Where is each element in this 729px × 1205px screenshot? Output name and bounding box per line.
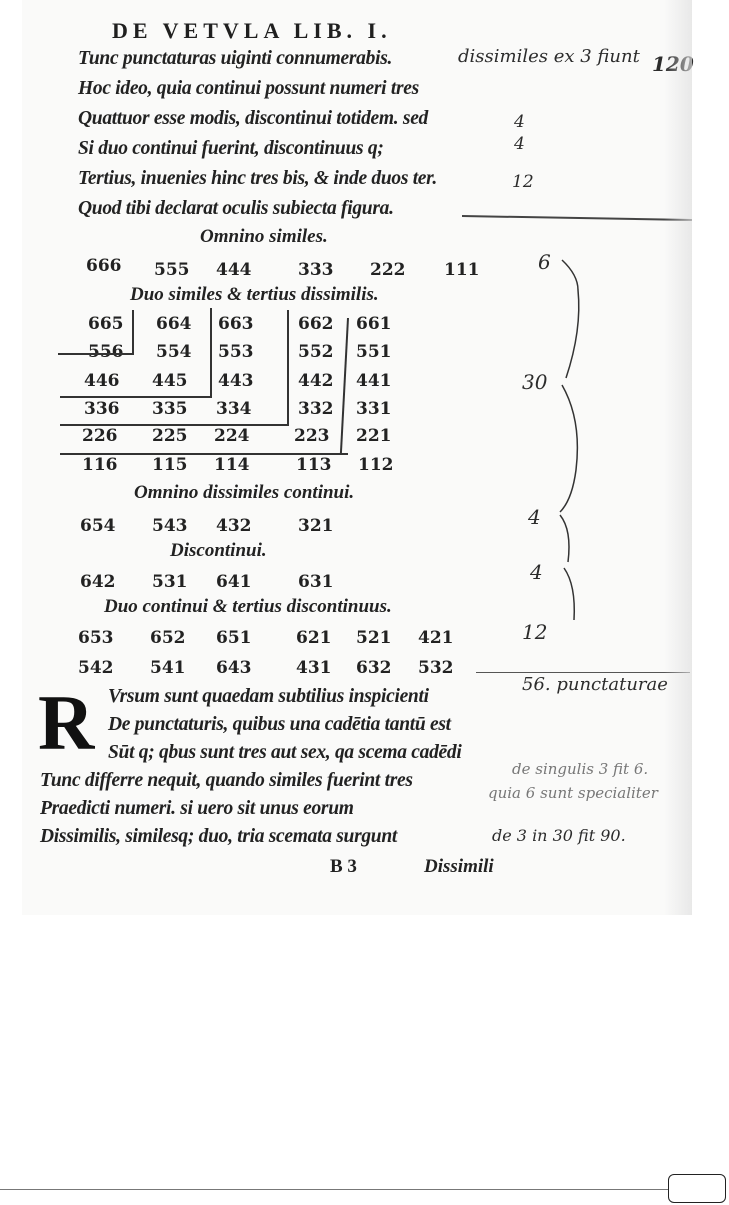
grid-cell: 662 (298, 314, 334, 334)
grid-cell: 112 (358, 455, 394, 475)
footer-divider (0, 1189, 668, 1190)
grid-cell: 332 (298, 399, 334, 419)
number: 444 (216, 260, 252, 280)
verse-line: Sūt q; qbus sunt tres aut sex, qa scema … (108, 742, 461, 764)
number: 111 (444, 260, 480, 280)
grid-divider (340, 318, 349, 454)
number: 541 (150, 658, 186, 678)
verse-line: Quattuor esse modis, discontinui totidem… (78, 108, 428, 130)
verse-line: Si duo continui fuerint, discontinuus q; (78, 138, 384, 160)
grid-cell: 334 (216, 399, 252, 419)
signature-mark: B 3 (330, 856, 357, 878)
marginal-count: 12 (512, 172, 534, 192)
grid-cell: 663 (218, 314, 254, 334)
grid-cell: 556 (88, 342, 124, 362)
verse-line: Tertius, inuenies hinc tres bis, & inde … (78, 168, 437, 190)
section-heading-duo-similes: Duo similes & tertius dissimilis. (130, 284, 379, 306)
grid-divider (60, 453, 348, 455)
grid-cell: 114 (214, 455, 250, 475)
number: 642 (80, 572, 116, 592)
marginal-bracket-icon (542, 250, 602, 650)
grid-cell: 665 (88, 314, 124, 334)
number: 521 (356, 628, 392, 648)
verse-line: Hoc ideo, quia continui possunt numeri t… (78, 78, 419, 100)
number: 643 (216, 658, 252, 678)
grid-cell: 553 (218, 342, 254, 362)
drop-cap: R (38, 684, 94, 762)
number: 543 (152, 516, 188, 536)
grid-cell: 446 (84, 371, 120, 391)
grid-cell: 664 (156, 314, 192, 334)
number: 654 (80, 516, 116, 536)
grid-cell: 225 (152, 426, 188, 446)
verse-line: Tunc differre nequit, quando similes fue… (40, 770, 413, 792)
marginal-count: 4 (528, 505, 541, 529)
grid-cell: 331 (356, 399, 392, 419)
marginal-note: de 3 in 30 fit 90. (492, 826, 626, 845)
section-heading-duo-continui: Duo continui & tertius discontinuus. (104, 596, 392, 618)
grid-cell: 335 (152, 399, 188, 419)
marginal-note-56: 56. punctaturae (522, 674, 668, 695)
grid-cell: 443 (218, 371, 254, 391)
grid-cell: 226 (82, 426, 118, 446)
number: 421 (418, 628, 454, 648)
verse-line: Tunc punctaturas uiginti connumerabis. (78, 48, 392, 70)
verse-line: Quod tibi declarat oculis subiecta figur… (78, 198, 394, 220)
section-heading-omnino-dissimiles: Omnino dissimiles continui. (134, 482, 354, 504)
marginal-note-top: dissimiles ex 3 fiunt (458, 46, 640, 67)
marginal-count: 4 (514, 112, 525, 132)
grid-cell: 116 (82, 455, 118, 475)
page-number-box[interactable] (668, 1174, 726, 1203)
number: 666 (86, 256, 122, 276)
marginal-count: 4 (514, 134, 525, 154)
running-head: DE VETVLA LIB. I. (112, 18, 392, 44)
number: 632 (356, 658, 392, 678)
marginal-note: de singulis 3 fit 6. (512, 760, 648, 778)
number: 651 (216, 628, 252, 648)
verse-line: De punctaturis, quibus una cadētia tantū… (108, 714, 451, 736)
grid-divider (287, 310, 289, 426)
number: 542 (78, 658, 114, 678)
grid-cell: 224 (214, 426, 250, 446)
grid-divider (60, 424, 289, 426)
number: 631 (298, 572, 334, 592)
grid-divider (210, 308, 212, 398)
number: 431 (296, 658, 332, 678)
verse-line: Praedicti numeri. si uero sit unus eorum (40, 798, 354, 820)
section-heading-omnino-similes: Omnino similes. (200, 226, 328, 248)
grid-cell: 442 (298, 371, 334, 391)
number: 532 (418, 658, 454, 678)
grid-cell: 113 (296, 455, 332, 475)
verse-line: Dissimilis, similesq; duo, tria scemata … (40, 826, 397, 848)
number: 432 (216, 516, 252, 536)
grid-cell: 552 (298, 342, 334, 362)
grid-cell: 661 (356, 314, 392, 334)
number: 222 (370, 260, 406, 280)
grid-cell: 554 (156, 342, 192, 362)
number: 621 (296, 628, 332, 648)
section-heading-discontinui: Discontinui. (170, 540, 267, 562)
number: 333 (298, 260, 334, 280)
scanned-page: DE VETVLA LIB. I. Tunc punctaturas uigin… (22, 0, 692, 915)
marginal-rule (462, 215, 692, 221)
grid-cell: 445 (152, 371, 188, 391)
marginal-note: quia 6 sunt specialiter (488, 784, 658, 802)
grid-cell: 441 (356, 371, 392, 391)
catchword: Dissimili (424, 856, 494, 878)
number: 653 (78, 628, 114, 648)
verse-line: Vrsum sunt quaedam subtilius inspicienti (108, 686, 429, 708)
grid-cell: 115 (152, 455, 188, 475)
marginal-rule (476, 672, 690, 673)
marginal-count: 4 (530, 560, 543, 584)
number: 652 (150, 628, 186, 648)
grid-cell: 551 (356, 342, 392, 362)
number: 641 (216, 572, 252, 592)
grid-cell: 223 (294, 426, 330, 446)
grid-divider (58, 353, 134, 355)
grid-divider (132, 310, 134, 354)
number: 531 (152, 572, 188, 592)
grid-divider (60, 396, 212, 398)
marginal-number-120: 120 (652, 52, 694, 76)
number: 555 (154, 260, 190, 280)
number: 321 (298, 516, 334, 536)
grid-cell: 336 (84, 399, 120, 419)
grid-cell: 221 (356, 426, 392, 446)
